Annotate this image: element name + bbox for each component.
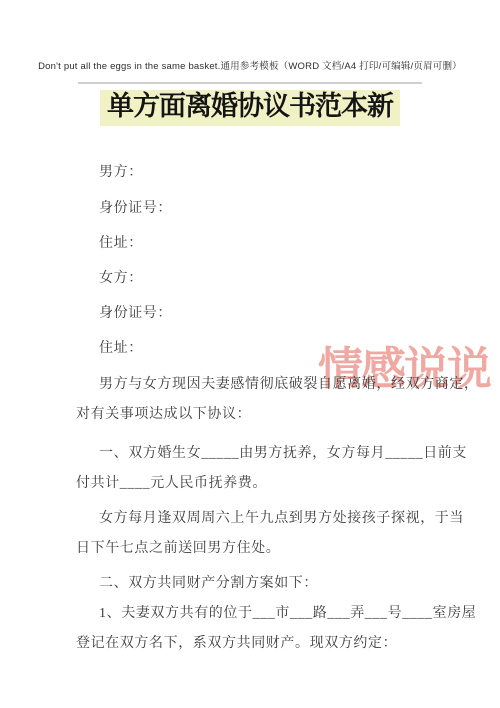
doc-line-property-1: 1、夫妻双方共有的位于___市___路___弄___号____室房屋 [99,605,476,622]
doc-line-intro-2: 对有关事项达成以下协议： [76,406,251,423]
doc-line-wife-id-label: 身份证号： [99,305,172,322]
doc-line-property-2: 登记在双方名下，系双方共同财产。现双方约定： [76,635,397,652]
doc-line-item1-2: 付共计____元人民币抚养费。 [76,475,267,492]
doc-line-wife-label: 女方： [99,270,143,287]
doc-title: 单方面离婚协议书范本新 [100,90,400,126]
doc-line-husband-id-label: 身份证号： [99,200,172,217]
doc-line-husband-addr-label: 住址： [99,235,143,252]
doc-line-husband-label: 男方： [99,164,143,181]
doc-line-visit-2: 日下午七点之前送回男方住处。 [76,540,280,557]
header-template-note: Don't put all the eggs in the same baske… [0,58,500,72]
doc-line-intro-1: 男方与女方现因夫妻感情彻底破裂自愿离婚，经双方商定， [99,376,479,393]
document-page: Don't put all the eggs in the same baske… [0,0,500,708]
doc-line-item1-1: 一、双方婚生女_____由男方抚养，女方每月_____日前支 [99,445,467,462]
header-divider [78,82,422,84]
doc-line-visit-1: 女方每月逢双周周六上午九点到男方处接孩子探视，于当 [99,510,464,527]
doc-line-item2-heading: 二、双方共同财产分割方案如下： [99,575,318,592]
doc-line-wife-addr-label: 住址： [99,340,143,357]
doc-title-row: 单方面离婚协议书范本新 [0,90,500,126]
